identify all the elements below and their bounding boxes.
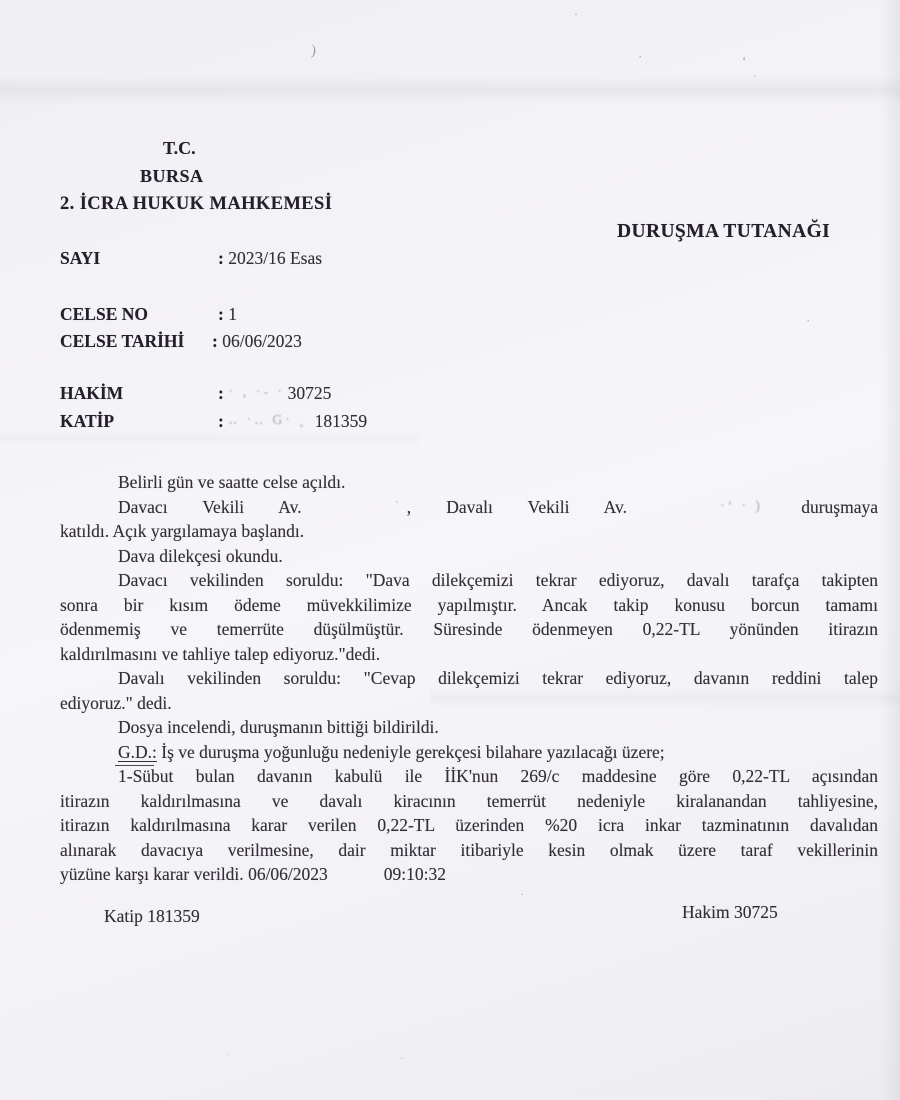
text-run: sonra bir kısım ödeme müvekkilimize yapı… bbox=[60, 595, 878, 615]
redacted-clerk-name: ‥ ·‥ G· ¸ ˙·· ˙ bbox=[228, 412, 310, 427]
ruling-item-lead: 1-Sübut bbox=[118, 764, 173, 789]
body-line: Davacı Vekili Av. ˙ ‚ ·- ˙·˙, Davalı Vek… bbox=[60, 495, 878, 520]
text-run: ödenmemiş ve temerrüte düşülmüştür. Süre… bbox=[60, 619, 878, 639]
scan-speck: · bbox=[400, 1054, 404, 1065]
body-line: Davalı vekilinden soruldu: "Cevap dilekç… bbox=[60, 666, 878, 691]
judge-value: : · ‚ ·- ··˙ -· ʻ 30725 bbox=[218, 383, 331, 404]
scan-speck: · bbox=[520, 888, 524, 900]
document-title: DURUŞMA TUTANAĞI bbox=[617, 221, 830, 243]
scan-speck: ) bbox=[310, 44, 317, 59]
session-number-row: CELSE NO : 1 bbox=[60, 304, 878, 328]
body-line: alınarak davacıya verilmesine, dair mikt… bbox=[60, 838, 878, 863]
clerk-label: KATİP bbox=[60, 411, 114, 431]
text-run: yüzüne karşı karar verildi. bbox=[60, 864, 248, 884]
judge-registry-number: 30725 bbox=[288, 383, 332, 403]
body-line: Belirli gün ve saatte celse açıldı. bbox=[60, 470, 878, 495]
body-line: Dosya incelendi, duruşmanın bittiği bild… bbox=[60, 715, 878, 740]
paper-edge-shadow bbox=[880, 0, 900, 1100]
body-line: yüzüne karşı karar verildi. 06/06/202309… bbox=[60, 862, 878, 887]
text-run: Dosya incelendi, duruşmanın bittiği bild… bbox=[118, 717, 439, 737]
text-run: Davacı vekilinden soruldu: "Dava dilekçe… bbox=[118, 570, 878, 590]
republic-abbreviation: T.C. bbox=[163, 138, 196, 159]
body-line: itirazın kaldırılmasına karar verilen 0,… bbox=[60, 813, 878, 838]
judge-label: HAKİM bbox=[60, 383, 123, 403]
body-line: ediyoruz." dedi. bbox=[60, 691, 878, 716]
text-run: itirazın kaldırılmasına karar verilen 0,… bbox=[60, 815, 878, 835]
case-number-value: : 2023/16 Esas bbox=[218, 248, 322, 269]
text-run: Davacı Vekili Av. bbox=[118, 497, 337, 517]
body-line: sonra bir kısım ödeme müvekkilimize yapı… bbox=[60, 593, 878, 618]
redacted-judge-name: · ‚ ·- ··˙ -· ʻ bbox=[228, 384, 283, 399]
court-city: BURSA bbox=[140, 166, 204, 187]
body-line: Dava dilekçesi okundu. bbox=[60, 544, 878, 569]
text-run: Dava dilekçesi okundu. bbox=[118, 546, 283, 566]
body-line: itirazın kaldırılmasına ve davalı kiracı… bbox=[60, 789, 878, 814]
body-line: kaldırılmasını ve tahliye talep ediyoruz… bbox=[60, 642, 878, 667]
body-line: katıldı. Açık yargılamaya başlandı. bbox=[60, 519, 878, 544]
clerk-value: : ‥ ·‥ G· ¸ ˙·· ˙ 181359 bbox=[218, 411, 367, 432]
session-number-value: : 1 bbox=[218, 304, 237, 325]
body-line: G.D.: İş ve duruşma yoğunluğu nedeniyle … bbox=[60, 740, 878, 765]
clerk-signature-line: Katip 181359 bbox=[104, 906, 200, 927]
text-run: katıldı. Açık yargılamaya başlandı. bbox=[60, 521, 304, 541]
body-line: Davacı vekilinden soruldu: "Dava dilekçe… bbox=[60, 568, 878, 593]
text-run: , Davalı Vekili Av. bbox=[407, 497, 662, 517]
clerk-row: KATİP : ‥ ·‥ G· ¸ ˙·· ˙ 181359 bbox=[60, 411, 878, 435]
clerk-registry-number: 181359 bbox=[315, 411, 368, 431]
scanned-court-document: T.C. BURSA 2. İCRA HUKUK MAHKEMESİ DURUŞ… bbox=[0, 0, 900, 1100]
scan-speck: · bbox=[574, 8, 578, 20]
text-run: Davalı vekilinden soruldu: "Cevap dilekç… bbox=[118, 668, 878, 688]
text-run: ediyoruz." dedi. bbox=[60, 693, 172, 713]
session-date-value: : 06/06/2023 bbox=[212, 331, 302, 352]
session-date-label: CELSE TARİHİ bbox=[60, 331, 184, 351]
session-date-row: CELSE TARİHİ : 06/06/2023 bbox=[60, 331, 878, 355]
text-run: itirazın kaldırılmasına ve davalı kiracı… bbox=[60, 791, 878, 811]
redacted-attorney-name: ·ʻ · ) ˙ ʻ · ˙ · bbox=[662, 498, 766, 513]
scan-speck: ʻ bbox=[742, 54, 746, 67]
scan-speck: · bbox=[227, 1050, 231, 1061]
minutes-body: Belirli gün ve saatte celse açıldı.Davac… bbox=[60, 470, 878, 887]
text-run: kaldırılmasını ve tahliye talep ediyoruz… bbox=[60, 644, 380, 664]
judge-signature-line: Hakim 30725 bbox=[682, 902, 778, 923]
text-run: İş ve duruşma yoğunluğu nedeniyle gerekç… bbox=[157, 742, 665, 762]
scan-speck: · bbox=[753, 70, 757, 82]
text-run: 06/06/2023 bbox=[248, 864, 328, 884]
court-name: 2. İCRA HUKUK MAHKEMESİ bbox=[60, 194, 332, 215]
text-run: bulan davanın kabulü ile İİK'nun 269/c m… bbox=[173, 766, 878, 786]
scan-speck: · bbox=[638, 50, 642, 63]
body-line: 1-Sübut bulan davanın kabulü ile İİK'nun… bbox=[60, 764, 878, 789]
redacted-attorney-name: ˙ ‚ ·- ˙·˙ bbox=[337, 498, 407, 513]
text-run: alınarak davacıya verilmesine, dair mikt… bbox=[60, 840, 878, 860]
case-number-label: SAYI bbox=[60, 248, 100, 268]
decision-note-label: G.D.: bbox=[118, 742, 157, 762]
body-line: ödenmemiş ve temerrüte düşülmüştür. Süre… bbox=[60, 617, 878, 642]
paper-crease bbox=[0, 76, 900, 104]
judge-row: HAKİM : · ‚ ·- ··˙ -· ʻ 30725 bbox=[60, 383, 878, 407]
text-run: duruşmaya bbox=[766, 497, 878, 517]
text-run: 09:10:32 bbox=[384, 864, 446, 884]
case-number-row: SAYI : 2023/16 Esas bbox=[60, 248, 878, 272]
session-number-label: CELSE NO bbox=[60, 304, 148, 324]
text-run: Belirli gün ve saatte celse açıldı. bbox=[118, 472, 345, 492]
